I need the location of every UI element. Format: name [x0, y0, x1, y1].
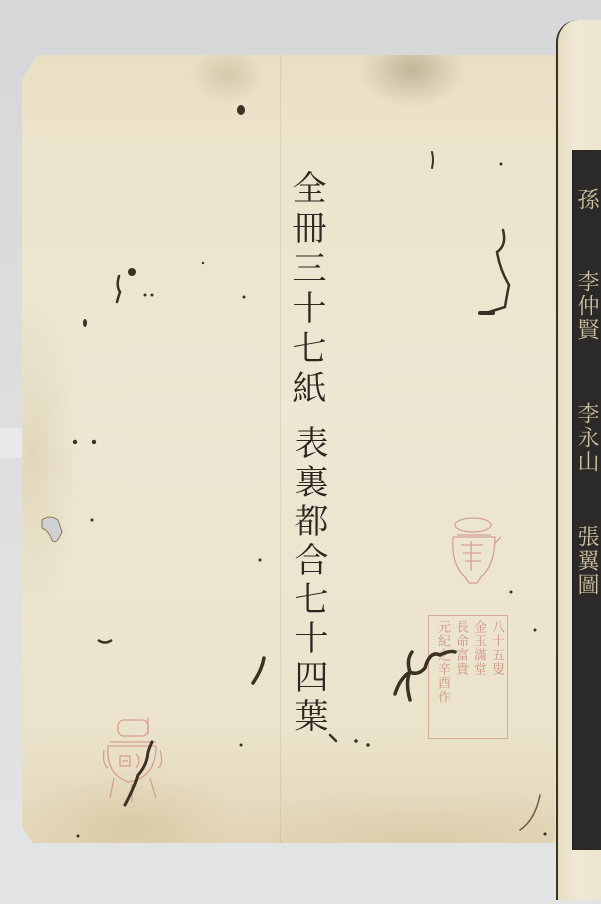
background-glare — [0, 428, 22, 458]
rubbing-text-column: 李永山 — [576, 402, 600, 474]
rubbing-text-column: 李仲賢 — [576, 270, 600, 342]
paper-fold-line — [280, 55, 281, 843]
square-seal: 八十五叟 金玉滿堂 長命富貴 元紀之辛酉作 — [428, 615, 508, 739]
inscription-leaf-count: 表裏都合七十四葉 — [288, 425, 328, 737]
seal-column: 元紀之辛酉作 — [434, 620, 450, 734]
ink-rubbing-panel — [572, 150, 601, 850]
scanned-image: 孫 李仲賢 李永山 張翼圖 全冊三十七紙 表裏都合七十四葉 八十五叟 金玉滿堂 … — [0, 0, 601, 904]
rubbing-text-column: 張翼圖 — [576, 525, 600, 597]
rubbing-text-column: 孫 — [576, 188, 600, 212]
seal-column: 八十五叟 — [488, 620, 504, 734]
seal-column: 金玉滿堂 — [470, 620, 486, 734]
vessel-seal-icon — [443, 515, 501, 585]
inscription-sheet-count: 全冊三十七紙 — [286, 170, 326, 410]
tripod-vessel-seal-icon — [98, 712, 166, 804]
seal-column: 長命富貴 — [452, 620, 468, 734]
